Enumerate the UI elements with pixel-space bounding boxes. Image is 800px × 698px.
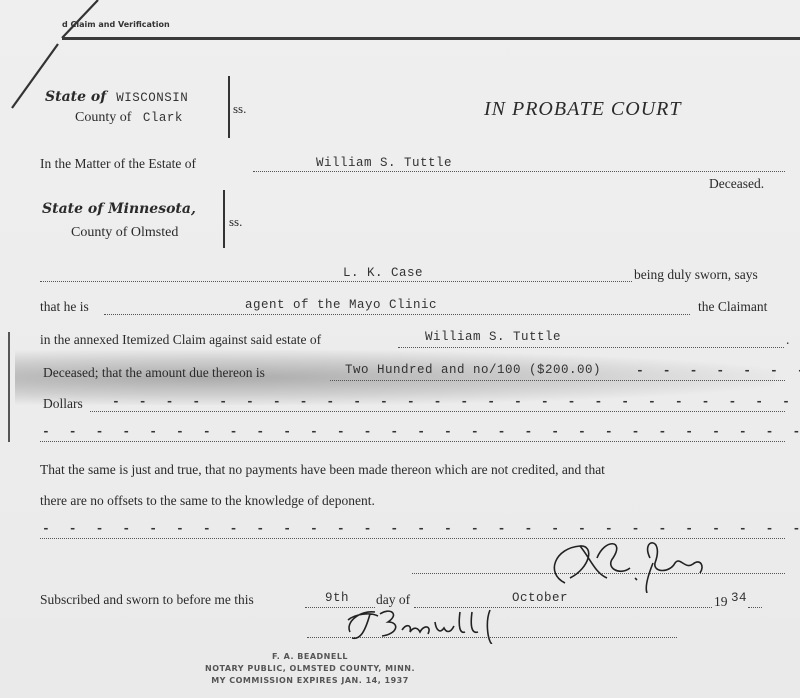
probate-claim-document: d Claim and Verification State of WISCON… [0,0,800,698]
annexed-estate-field [398,347,784,348]
notary-stamp-name: F. A. BEADNELL [185,652,435,661]
jurat-label: Subscribed and sworn to before me this [40,592,254,608]
role-field [104,314,690,315]
extra-field [40,441,785,442]
county-value: Clark [143,111,183,125]
estate-name: William S. Tuttle [316,156,452,170]
amount-value: Two Hundred and no/100 ($200.00) [345,363,601,377]
amount-label: Deceased; that the amount due thereon is [43,365,265,381]
annexed-estate-name: William S. Tuttle [425,330,561,344]
notary-stamp-title: NOTARY PUBLIC, OLMSTED COUNTY, MINN. [185,664,435,673]
notary-signature [340,602,540,644]
venue-county-row: County of Clark [75,110,183,126]
claimant-role: agent of the Mayo Clinic [245,298,437,312]
period: . [786,332,789,348]
form-title: d Claim and Verification [62,20,170,29]
affiant-field [40,281,632,282]
year-prefix: 19 [714,594,728,610]
affiant-signature [535,528,715,593]
claimant-label: the Claimant [698,299,767,315]
sworn-text: being duly sworn, says [634,267,758,283]
affiant-name: L. K. Case [343,266,423,280]
county-label: County of [75,110,131,125]
annexed-claim-label: in the annexed Itemized Claim against sa… [40,332,321,348]
notary-stamp-expiry: MY COMMISSION EXPIRES JAN. 14, 1937 [185,676,435,685]
venue2-state-label: State of Minnesota, [42,201,196,217]
jurat-year: 34 [731,591,747,605]
venue-state-row: State of WISCONSIN [45,88,188,106]
statement-line-2: there are no offsets to the same to the … [40,493,375,509]
venue-ss: ss. [233,101,246,117]
dollars-dashes: - - - - - - - - - - - - - - - - - - - - … [112,394,800,409]
venue2-county-label: County of Olmsted [71,225,178,241]
venue2-brace [223,190,225,248]
statement-line-1: That the same is just and true, that no … [40,462,605,478]
dollars-label: Dollars [43,396,83,412]
state-label: State of [45,89,106,105]
header-rule [62,37,800,40]
deceased-label: Deceased. [709,176,764,192]
venue-brace [228,76,230,138]
amount-dashes: - - - - - - - - - [636,363,800,378]
extra-dashes: - - - - - - - - - - - - - - - - - - - - … [42,424,800,439]
dollars-field [90,411,785,412]
estate-label: In the Matter of the Estate of [40,156,196,172]
that-he-is-label: that he is [40,299,89,315]
margin-mark [8,332,10,442]
amount-field [330,380,785,381]
estate-name-field [253,171,785,172]
court-title: IN PROBATE COURT [484,98,681,121]
venue2-ss: ss. [229,214,242,230]
year-field [748,607,762,608]
state-value: WISCONSIN [116,91,188,105]
